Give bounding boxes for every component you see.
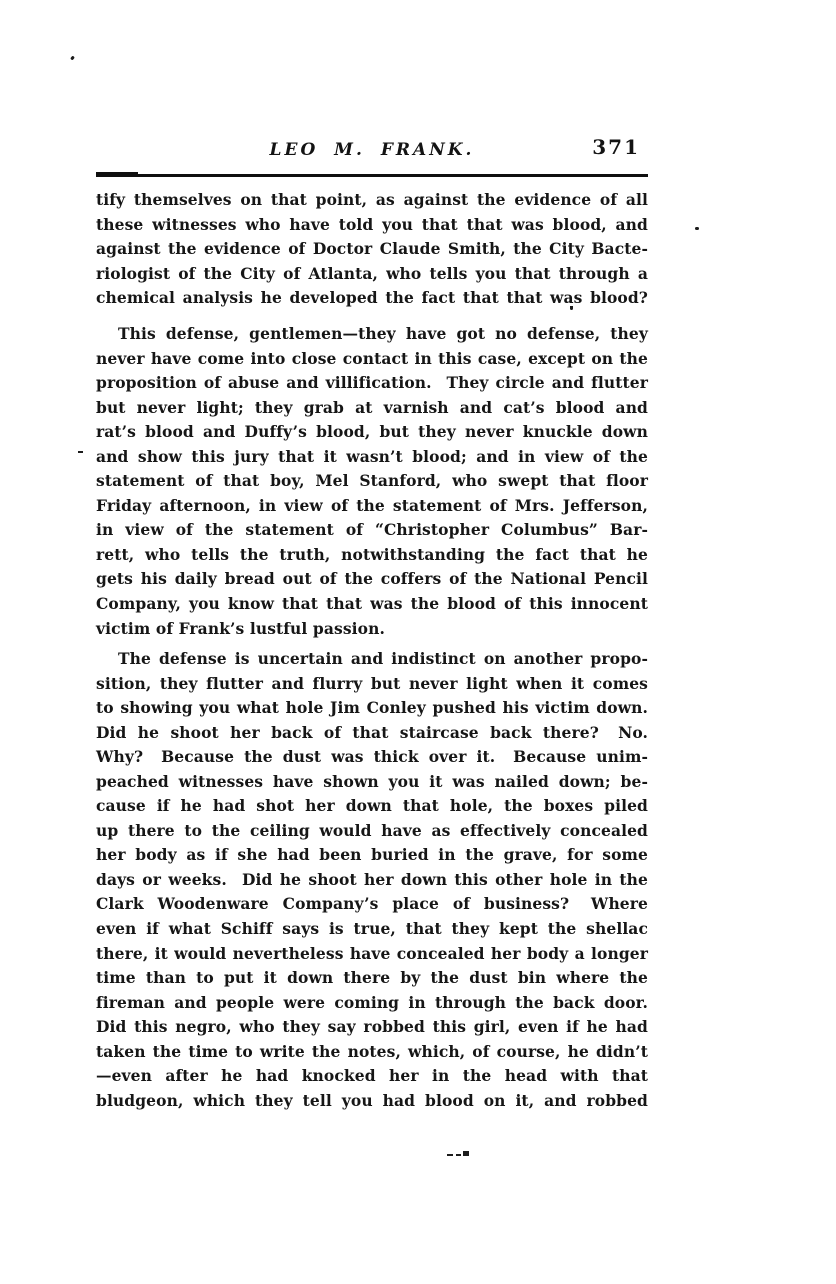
ink-speck xyxy=(70,56,75,61)
page-number: 371 xyxy=(592,134,640,160)
paragraph-defense-uncertain: The defense is uncertain and indistinct … xyxy=(96,647,648,1113)
ink-speck xyxy=(570,306,573,310)
text-line: This defense, gentlemen—they have got no… xyxy=(96,322,648,347)
header-rule xyxy=(96,174,648,177)
text-line: victim of Frank’s lustful passion. xyxy=(96,617,648,642)
text-line: taken the time to write the notes, which… xyxy=(96,1040,648,1065)
text-line: days or weeks. Did he shoot her down thi… xyxy=(96,868,648,893)
ink-speck xyxy=(695,227,699,230)
text-line: chemical analysis he developed the fact … xyxy=(96,286,648,311)
text-line: never have come into close contact in th… xyxy=(96,347,648,372)
text-line: rat’s blood and Duffy’s blood, but they … xyxy=(96,420,648,445)
text-line: Why? Because the dust was thick over it.… xyxy=(96,745,648,770)
paragraph-this-defense: This defense, gentlemen—they have got no… xyxy=(96,322,648,641)
text-line: but never light; they grab at varnish an… xyxy=(96,396,648,421)
text-line: statement of that boy, Mel Stanford, who… xyxy=(96,469,648,494)
ink-smudge-dash xyxy=(456,1154,461,1156)
text-line: Did this negro, who they say robbed this… xyxy=(96,1015,648,1040)
text-line: her body as if she had been buried in th… xyxy=(96,843,648,868)
text-line: tify themselves on that point, as agains… xyxy=(96,188,648,213)
text-line: Clark Woodenware Company’s place of busi… xyxy=(96,892,648,917)
text-line: there, it would nevertheless have concea… xyxy=(96,942,648,967)
ink-smudge-dash xyxy=(447,1154,453,1156)
text-line: proposition of abuse and villification. … xyxy=(96,371,648,396)
text-line: and show this jury that it wasn’t blood;… xyxy=(96,445,648,470)
paragraph-continuation: tify themselves on that point, as agains… xyxy=(96,188,648,311)
text-line: peached witnesses have shown you it was … xyxy=(96,770,648,795)
text-line: sition, they flutter and flurry but neve… xyxy=(96,672,648,697)
text-line: time than to put it down there by the du… xyxy=(96,966,648,991)
text-line: even if what Schiff says is true, that t… xyxy=(96,917,648,942)
text-line: Company, you know that that was the bloo… xyxy=(96,592,648,617)
text-line: cause if he had shot her down that hole,… xyxy=(96,794,648,819)
text-line: Did he shoot her back of that staircase … xyxy=(96,721,648,746)
running-head-title: LEO M. FRANK. xyxy=(96,137,648,163)
text-line: gets his daily bread out of the coffers … xyxy=(96,567,648,592)
text-line: —even after he had knocked her in the he… xyxy=(96,1064,648,1089)
text-line: Friday afternoon, in view of the stateme… xyxy=(96,494,648,519)
ink-speck xyxy=(78,451,83,453)
text-line: in view of the statement of “Christopher… xyxy=(96,518,648,543)
text-line: rett, who tells the truth, notwithstandi… xyxy=(96,543,648,568)
text-line: The defense is uncertain and indistinct … xyxy=(96,647,648,672)
text-line: bludgeon, which they tell you had blood … xyxy=(96,1089,648,1114)
text-line: these witnesses who have told you that t… xyxy=(96,213,648,238)
text-line: up there to the ceiling would have as ef… xyxy=(96,819,648,844)
running-head: LEO M. FRANK. 371 xyxy=(96,137,648,163)
book-page-scan: LEO M. FRANK. 371 tify themselves on tha… xyxy=(0,0,836,1284)
ink-smudge-block xyxy=(463,1151,469,1156)
text-line: riologist of the City of Atlanta, who te… xyxy=(96,262,648,287)
text-line: fireman and people were coming in throug… xyxy=(96,991,648,1016)
text-line: against the evidence of Doctor Claude Sm… xyxy=(96,237,648,262)
text-line: to showing you what hole Jim Conley push… xyxy=(96,696,648,721)
